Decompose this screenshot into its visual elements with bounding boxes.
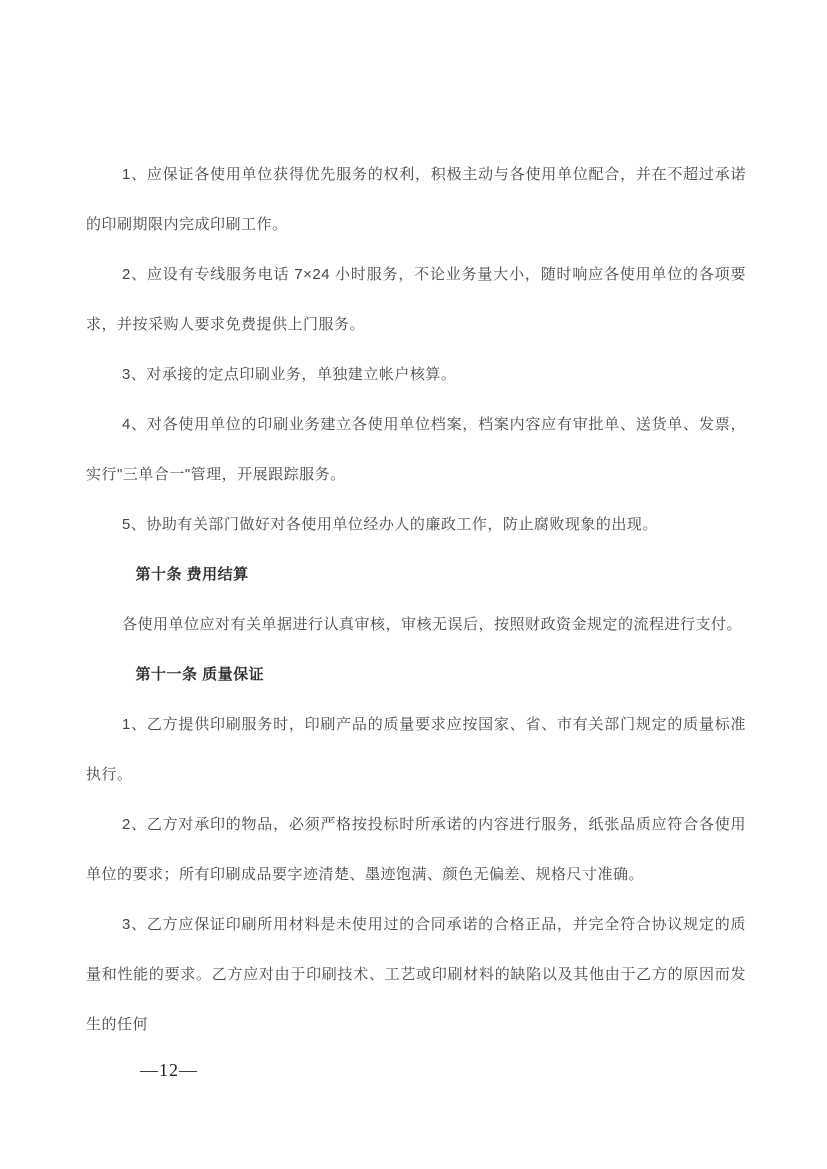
section-heading: 第十条 费用结算 xyxy=(86,550,746,600)
paragraph: 1、乙方提供印刷服务时，印刷产品的质量要求应按国家、省、市有关部门规定的质量标准… xyxy=(86,700,746,800)
document-page: 1、应保证各使用单位获得优先服务的权利，积极主动与各使用单位配合，并在不超过承诺… xyxy=(0,0,827,1169)
paragraph: 2、应设有专线服务电话 7×24 小时服务，不论业务量大小，随时响应各使用单位的… xyxy=(86,250,746,350)
paragraph: 3、乙方应保证印刷所用材料是未使用过的合同承诺的合格正品，并完全符合协议规定的质… xyxy=(86,900,746,1050)
document-body: 1、应保证各使用单位获得优先服务的权利，积极主动与各使用单位配合，并在不超过承诺… xyxy=(86,150,746,1050)
paragraph: 各使用单位应对有关单据进行认真审核，审核无误后，按照财政资金规定的流程进行支付。 xyxy=(86,600,746,650)
section-heading: 第十一条 质量保证 xyxy=(86,650,746,700)
paragraph: 1、应保证各使用单位获得优先服务的权利，积极主动与各使用单位配合，并在不超过承诺… xyxy=(86,150,746,250)
page-number: —12— xyxy=(140,1060,198,1081)
paragraph: 4、对各使用单位的印刷业务建立各使用单位档案，档案内容应有审批单、送货单、发票，… xyxy=(86,400,746,500)
paragraph: 5、协助有关部门做好对各使用单位经办人的廉政工作，防止腐败现象的出现。 xyxy=(86,500,746,550)
paragraph: 2、乙方对承印的物品，必须严格按投标时所承诺的内容进行服务，纸张品质应符合各使用… xyxy=(86,800,746,900)
paragraph: 3、对承接的定点印刷业务，单独建立帐户核算。 xyxy=(86,350,746,400)
